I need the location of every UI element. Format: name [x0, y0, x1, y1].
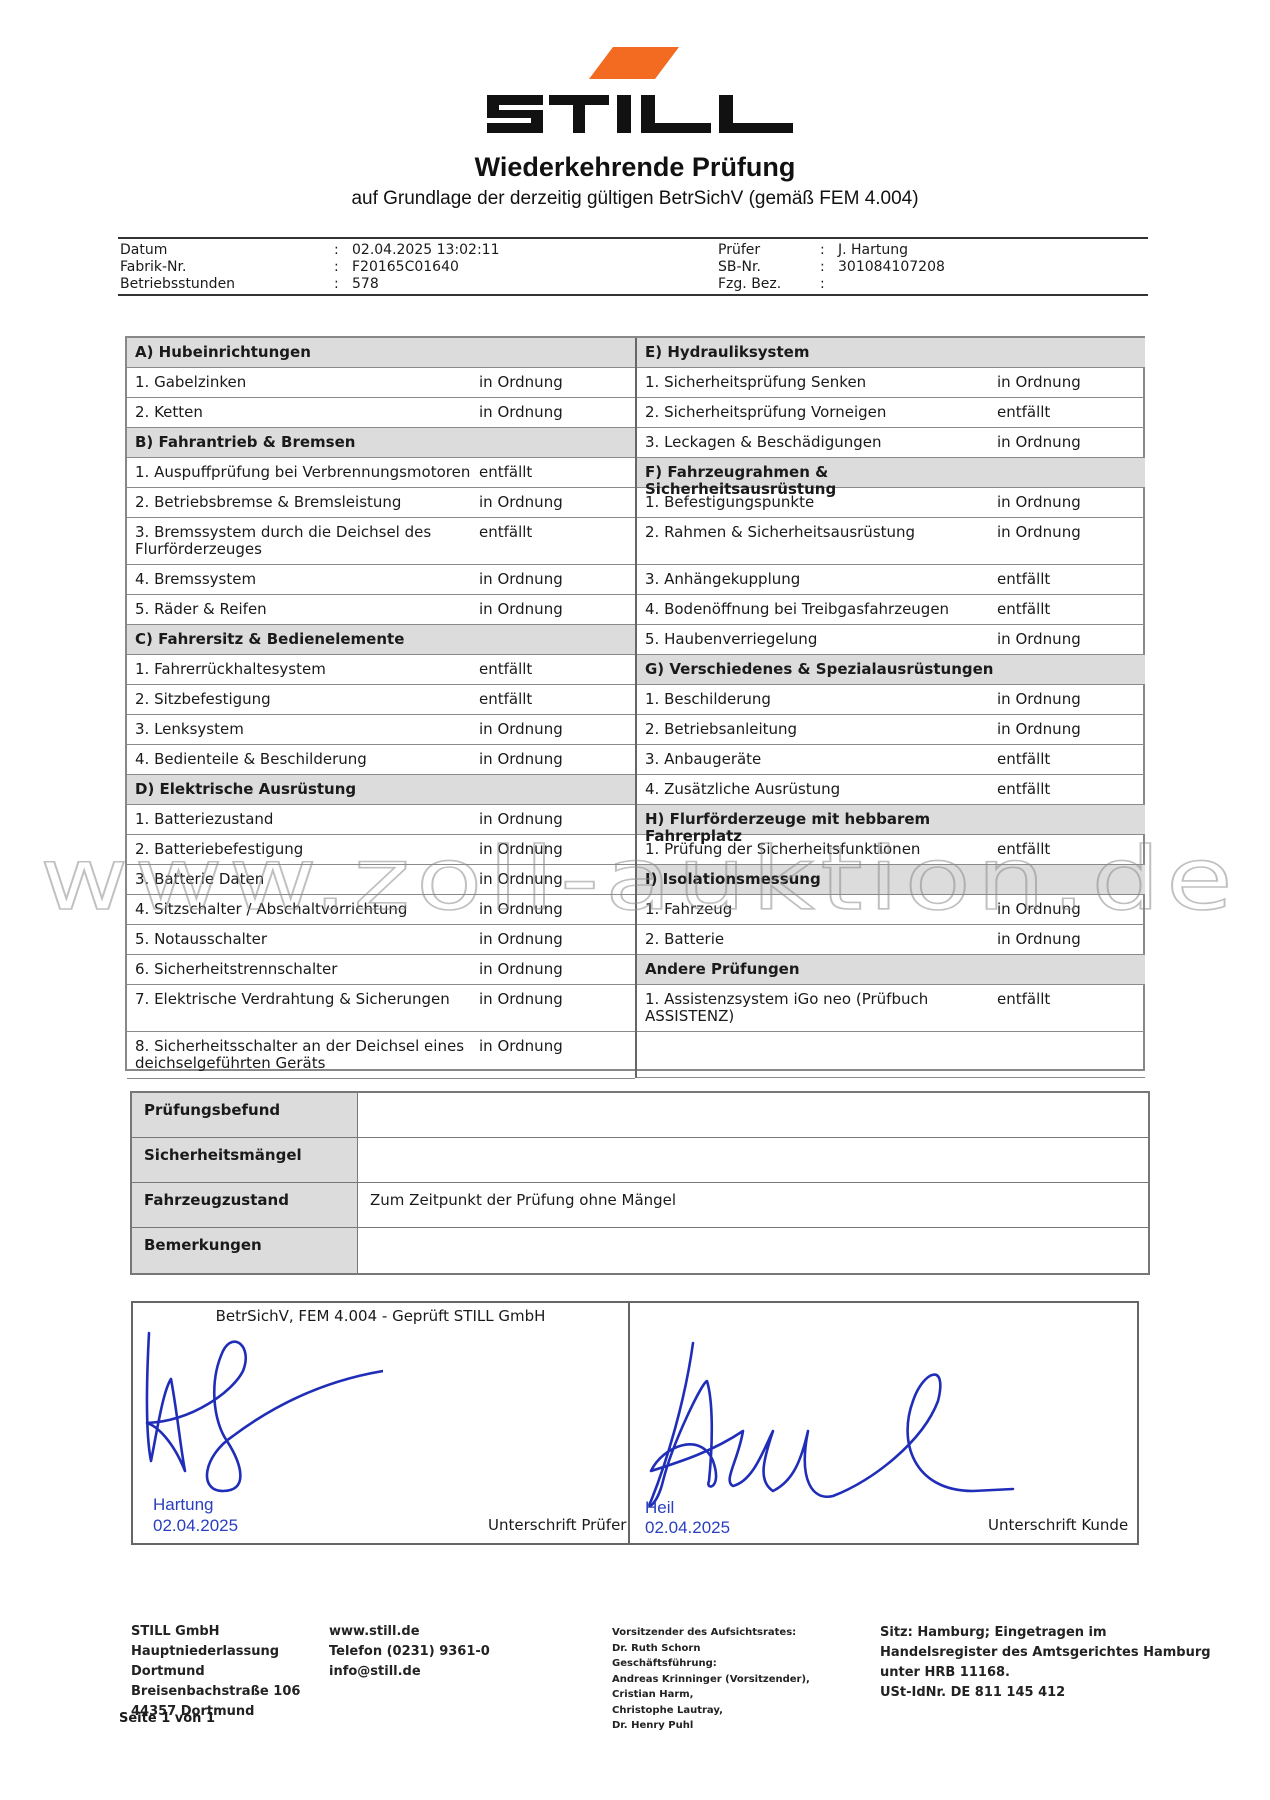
check-row: 4. Zusätzliche Ausrüstungentfällt	[637, 775, 1145, 805]
check-row: 1. Batteriezustandin Ordnung	[127, 805, 635, 835]
customer-signature-icon	[643, 1341, 1043, 1511]
check-status: entfällt	[997, 571, 1050, 588]
check-row: 2. Betriebsanleitungin Ordnung	[637, 715, 1145, 745]
check-row: 1. Auspuffprüfung bei Verbrennungsmotore…	[127, 458, 635, 488]
check-row: 2. Kettenin Ordnung	[127, 398, 635, 428]
check-status: entfällt	[997, 841, 1050, 858]
check-label: 2. Batterie	[645, 931, 995, 948]
check-status: entfällt	[997, 601, 1050, 618]
inspector-name: Hartung	[153, 1495, 213, 1515]
section-header: A) Hubeinrichtungen	[127, 338, 635, 368]
check-label: 5. Räder & Reifen	[135, 601, 475, 618]
check-row: 7. Elektrische Verdrahtung & Sicherungen…	[127, 985, 635, 1032]
check-status: entfällt	[997, 991, 1050, 1008]
checklist-right-column: E) Hydrauliksystem1. Sicherheitsprüfung …	[635, 338, 1145, 1078]
check-row: 3. Anbaugeräteentfällt	[637, 745, 1145, 775]
section-header: D) Elektrische Ausrüstung	[127, 775, 635, 805]
check-label: 1. Gabelzinken	[135, 374, 475, 391]
check-label: 6. Sicherheitstrennschalter	[135, 961, 475, 978]
check-status: in Ordnung	[479, 1038, 563, 1055]
check-row: 2. Sicherheitsprüfung Vorneigenentfällt	[637, 398, 1145, 428]
findings-label: Sicherheitsmängel	[132, 1138, 358, 1182]
section-header: Andere Prüfungen	[637, 955, 1145, 985]
check-label: 3. Lenksystem	[135, 721, 475, 738]
section-header: C) Fahrersitz & Bedienelemente	[127, 625, 635, 655]
check-row: 1. Assistenzsystem iGo neo (Prüfbuch ASS…	[637, 985, 1145, 1032]
check-row: 1. Beschilderungin Ordnung	[637, 685, 1145, 715]
check-row: 6. Sicherheitstrennschalterin Ordnung	[127, 955, 635, 985]
check-status: in Ordnung	[479, 871, 563, 888]
check-row: 4. Bodenöffnung bei Treibgasfahrzeugenen…	[637, 595, 1145, 625]
findings-row: Fahrzeugzustand Zum Zeitpunkt der Prüfun…	[132, 1183, 1148, 1228]
signature-divider	[628, 1303, 630, 1543]
check-label: 5. Haubenverriegelung	[645, 631, 995, 648]
check-row: 2. Batteriein Ordnung	[637, 925, 1145, 955]
check-row: 2. Sitzbefestigungentfällt	[127, 685, 635, 715]
section-header: G) Verschiedenes & Spezialausrüstungen	[637, 655, 1145, 685]
check-label: 4. Bremssystem	[135, 571, 475, 588]
check-label: 1. Prüfung der Sicherheitsfunktionen	[645, 841, 995, 858]
check-status: in Ordnung	[479, 494, 563, 511]
check-label: 2. Rahmen & Sicherheitsausrüstung	[645, 524, 995, 541]
inspector-sign-date: 02.04.2025	[153, 1516, 238, 1536]
check-label: 1. Auspuffprüfung bei Verbrennungsmotore…	[135, 464, 475, 481]
findings-label: Bemerkungen	[132, 1228, 358, 1273]
check-row: 5. Haubenverriegelungin Ordnung	[637, 625, 1145, 655]
date-value: 02.04.2025 13:02:11	[352, 241, 500, 259]
check-row: 4. Sitzschalter / Abschaltvorrichtungin …	[127, 895, 635, 925]
section-title: C) Fahrersitz & Bedienelemente	[135, 631, 625, 648]
check-status: in Ordnung	[479, 931, 563, 948]
check-label: 1. Batteriezustand	[135, 811, 475, 828]
check-label: 3. Batterie Daten	[135, 871, 475, 888]
check-row: 4. Bremssystemin Ordnung	[127, 565, 635, 595]
findings-table: Prüfungsbefund Sicherheitsmängel Fahrzeu…	[130, 1091, 1150, 1275]
check-label: 3. Leckagen & Beschädigungen	[645, 434, 995, 451]
section-title: D) Elektrische Ausrüstung	[135, 781, 625, 798]
signature-block: BetrSichV, FEM 4.004 - Geprüft STILL Gmb…	[131, 1301, 1139, 1545]
info-label: Betriebsstunden	[120, 275, 235, 293]
inspector-value: J. Hartung	[838, 241, 908, 259]
inspection-info: Datum : 02.04.2025 13:02:11 Fabrik-Nr. :…	[118, 237, 1148, 296]
customer-sign-date: 02.04.2025	[645, 1518, 730, 1538]
check-status: entfällt	[479, 524, 532, 541]
page-number: Seite 1 von 1	[119, 1711, 215, 1726]
still-logo-icon	[485, 45, 795, 135]
document-title: Wiederkehrende Prüfung	[0, 152, 1270, 183]
check-status: in Ordnung	[997, 631, 1081, 648]
check-status: in Ordnung	[479, 571, 563, 588]
check-row: 8. Sicherheitsschalter an der Deichsel e…	[127, 1032, 635, 1079]
info-label: Fzg. Bez.	[718, 275, 781, 293]
check-row: 5. Notausschalterin Ordnung	[127, 925, 635, 955]
check-status: entfällt	[997, 404, 1050, 421]
inspection-checklist: A) Hubeinrichtungen1. Gabelzinkenin Ordn…	[125, 336, 1145, 1071]
check-status: in Ordnung	[479, 374, 563, 391]
info-label: Fabrik-Nr.	[120, 258, 186, 276]
check-status: entfällt	[997, 751, 1050, 768]
info-left: Datum : 02.04.2025 13:02:11 Fabrik-Nr. :…	[118, 241, 618, 295]
check-status: in Ordnung	[997, 721, 1081, 738]
check-status: in Ordnung	[479, 601, 563, 618]
check-row: 2. Rahmen & Sicherheitsausrüstungin Ordn…	[637, 518, 1145, 565]
check-label: 5. Notausschalter	[135, 931, 475, 948]
check-label: 2. Betriebsbremse & Bremsleistung	[135, 494, 475, 511]
checklist-left-column: A) Hubeinrichtungen1. Gabelzinkenin Ordn…	[127, 338, 635, 1079]
check-row: 1. Fahrzeugin Ordnung	[637, 895, 1145, 925]
check-label: 2. Sitzbefestigung	[135, 691, 475, 708]
check-row: 5. Räder & Reifenin Ordnung	[127, 595, 635, 625]
check-label: 1. Befestigungspunkte	[645, 494, 995, 511]
footer-company: STILL GmbH Hauptniederlassung Dortmund B…	[131, 1622, 300, 1722]
check-row: 4. Bedienteile & Beschilderungin Ordnung	[127, 745, 635, 775]
check-label: 2. Batteriebefestigung	[135, 841, 475, 858]
check-label: 4. Zusätzliche Ausrüstung	[645, 781, 995, 798]
check-row: 3. Batterie Datenin Ordnung	[127, 865, 635, 895]
check-label: 1. Fahrzeug	[645, 901, 995, 918]
check-status: entfällt	[479, 464, 532, 481]
check-label: 3. Anhängekupplung	[645, 571, 995, 588]
check-label: 3. Bremssystem durch die Deichsel des Fl…	[135, 524, 475, 558]
check-status: entfällt	[997, 781, 1050, 798]
check-row: 1. Gabelzinkenin Ordnung	[127, 368, 635, 398]
check-row: 3. Leckagen & Beschädigungenin Ordnung	[637, 428, 1145, 458]
check-status: in Ordnung	[479, 961, 563, 978]
check-status: in Ordnung	[997, 524, 1081, 541]
check-label: 1. Sicherheitsprüfung Senken	[645, 374, 995, 391]
findings-value: Zum Zeitpunkt der Prüfung ohne Mängel	[370, 1191, 676, 1209]
document-subtitle: auf Grundlage der derzeitig gültigen Bet…	[0, 188, 1270, 210]
check-label: 2. Sicherheitsprüfung Vorneigen	[645, 404, 995, 421]
check-status: in Ordnung	[997, 931, 1081, 948]
check-row	[637, 1032, 1145, 1078]
check-status: in Ordnung	[479, 811, 563, 828]
check-label: 4. Bedienteile & Beschilderung	[135, 751, 475, 768]
check-row: 1. Befestigungspunktein Ordnung	[637, 488, 1145, 518]
findings-label: Fahrzeugzustand	[132, 1183, 358, 1227]
customer-signature-caption: Unterschrift Kunde	[988, 1516, 1128, 1534]
operating-hours-value: 578	[352, 275, 379, 293]
findings-row: Prüfungsbefund	[132, 1093, 1148, 1138]
info-label: SB-Nr.	[718, 258, 761, 276]
check-row: 3. Anhängekupplungentfällt	[637, 565, 1145, 595]
footer-management: Vorsitzender des Aufsichtsrates: Dr. Rut…	[612, 1625, 810, 1734]
check-row: 3. Lenksystemin Ordnung	[127, 715, 635, 745]
check-label: 2. Betriebsanleitung	[645, 721, 995, 738]
certification-text: BetrSichV, FEM 4.004 - Geprüft STILL Gmb…	[133, 1307, 628, 1325]
check-label: 4. Bodenöffnung bei Treibgasfahrzeugen	[645, 601, 995, 618]
section-header: F) Fahrzeugrahmen & Sicherheitsausrüstun…	[637, 458, 1145, 488]
check-label: 3. Anbaugeräte	[645, 751, 995, 768]
serial-number-value: F20165C01640	[352, 258, 459, 276]
check-label: 2. Ketten	[135, 404, 475, 421]
inspector-signature-icon	[143, 1331, 383, 1501]
email-link[interactable]: info@still.de	[329, 1662, 490, 1682]
section-header: H) Flurförderzeuge mit hebbarem Fahrerpl…	[637, 805, 1145, 835]
check-status: in Ordnung	[479, 901, 563, 918]
still-logo	[485, 45, 795, 135]
check-status: in Ordnung	[997, 691, 1081, 708]
footer-registry: Sitz: Hamburg; Eingetragen im Handelsreg…	[880, 1623, 1211, 1703]
section-header: B) Fahrantrieb & Bremsen	[127, 428, 635, 458]
info-label: Datum	[120, 241, 167, 259]
check-status: in Ordnung	[479, 751, 563, 768]
check-status: in Ordnung	[479, 404, 563, 421]
check-status: in Ordnung	[479, 841, 563, 858]
check-status: in Ordnung	[997, 434, 1081, 451]
check-label: 4. Sitzschalter / Abschaltvorrichtung	[135, 901, 475, 918]
inspector-signature-caption: Unterschrift Prüfer	[488, 1516, 626, 1534]
section-title: G) Verschiedenes & Spezialausrüstungen	[645, 661, 995, 678]
check-label: 1. Beschilderung	[645, 691, 995, 708]
info-label: Prüfer	[718, 241, 760, 259]
check-label: 1. Fahrerrückhaltesystem	[135, 661, 475, 678]
check-status: in Ordnung	[997, 901, 1081, 918]
check-status: entfällt	[479, 691, 532, 708]
findings-row: Sicherheitsmängel	[132, 1138, 1148, 1183]
section-title: A) Hubeinrichtungen	[135, 344, 625, 361]
check-status: in Ordnung	[997, 494, 1081, 511]
website-link[interactable]: www.still.de	[329, 1622, 490, 1642]
check-status: in Ordnung	[479, 991, 563, 1008]
findings-label: Prüfungsbefund	[132, 1093, 358, 1137]
section-header: E) Hydrauliksystem	[637, 338, 1145, 368]
check-row: 3. Bremssystem durch die Deichsel des Fl…	[127, 518, 635, 565]
customer-name: Heil	[645, 1498, 674, 1518]
section-title: B) Fahrantrieb & Bremsen	[135, 434, 625, 451]
check-status: in Ordnung	[479, 721, 563, 738]
check-label: 8. Sicherheitsschalter an der Deichsel e…	[135, 1038, 475, 1072]
phone-number: Telefon (0231) 9361-0	[329, 1642, 490, 1662]
check-label: 7. Elektrische Verdrahtung & Sicherungen	[135, 991, 475, 1008]
sb-number-value: 301084107208	[838, 258, 945, 276]
check-row: 1. Fahrerrückhaltesystementfällt	[127, 655, 635, 685]
info-right: Prüfer : J. Hartung SB-Nr. : 30108410720…	[718, 241, 1148, 295]
footer-contact: www.still.de Telefon (0231) 9361-0 info@…	[329, 1622, 490, 1682]
check-row: 1. Prüfung der Sicherheitsfunktionenentf…	[637, 835, 1145, 865]
section-title: E) Hydrauliksystem	[645, 344, 995, 361]
findings-row: Bemerkungen	[132, 1228, 1148, 1273]
check-label: 1. Assistenzsystem iGo neo (Prüfbuch ASS…	[645, 991, 995, 1025]
check-status: in Ordnung	[997, 374, 1081, 391]
check-row: 2. Batteriebefestigungin Ordnung	[127, 835, 635, 865]
check-row: 1. Sicherheitsprüfung Senkenin Ordnung	[637, 368, 1145, 398]
section-title: I) Isolationsmessung	[645, 871, 995, 888]
section-header: I) Isolationsmessung	[637, 865, 1145, 895]
section-title: Andere Prüfungen	[645, 961, 995, 978]
check-status: entfällt	[479, 661, 532, 678]
check-row: 2. Betriebsbremse & Bremsleistungin Ordn…	[127, 488, 635, 518]
